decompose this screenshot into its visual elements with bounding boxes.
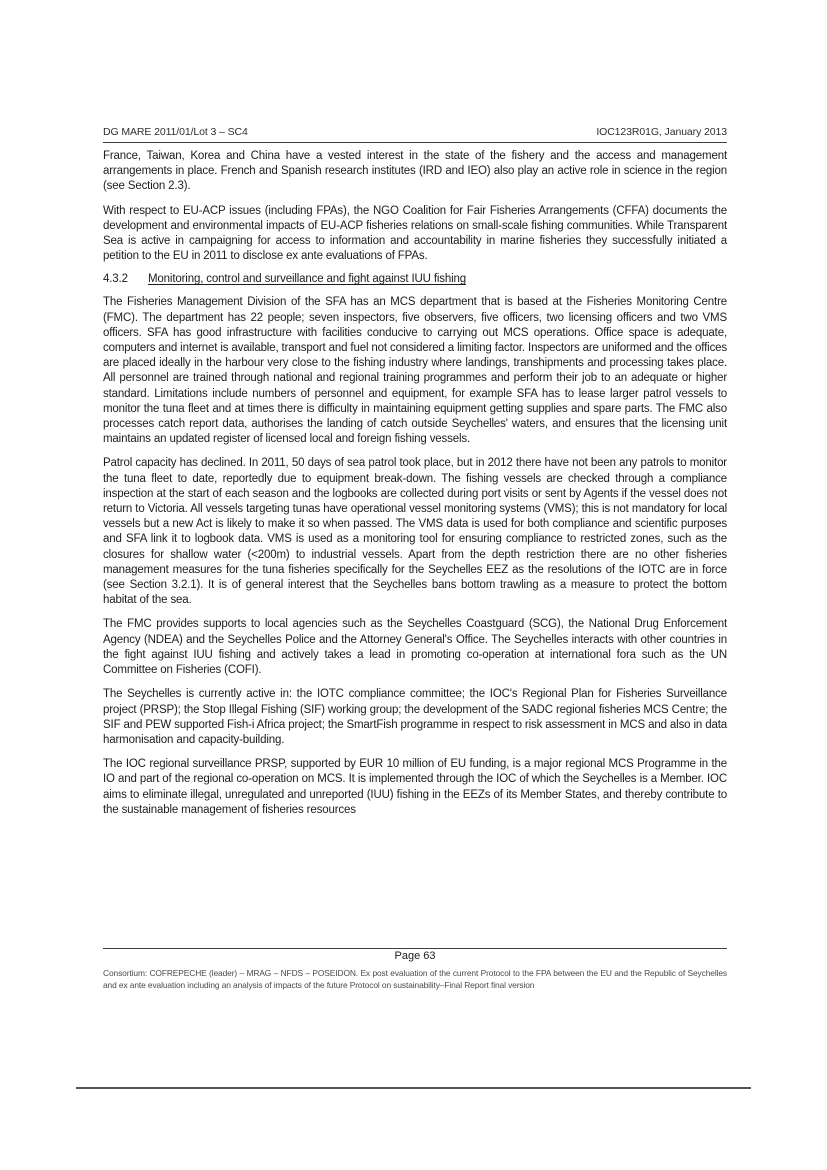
report-page: DG MARE 2011/01/Lot 3 – SC4 IOC123R01G, … (0, 0, 827, 1170)
paragraph: France, Taiwan, Korea and China have a v… (103, 149, 727, 195)
paragraph: The Fisheries Management Division of the… (103, 295, 727, 447)
header-document-reference: DG MARE 2011/01/Lot 3 – SC4 (103, 126, 248, 138)
page-body: France, Taiwan, Korea and China have a v… (103, 149, 727, 827)
paragraph: With respect to EU-ACP issues (including… (103, 204, 727, 265)
paragraph: The FMC provides supports to local agenc… (103, 617, 727, 678)
header-report-id-date: IOC123R01G, January 2013 (596, 126, 727, 138)
page-number: Page 63 (103, 949, 727, 962)
paragraph: The IOC regional surveillance PRSP, supp… (103, 757, 727, 818)
paragraph: The Seychelles is currently active in: t… (103, 687, 727, 748)
section-title: Monitoring, control and surveillance and… (148, 273, 466, 285)
section-number: 4.3.2 (103, 273, 148, 285)
consortium-note: Consortium: COFREPECHE (leader) – MRAG –… (103, 968, 727, 991)
page-footer: Page 63 (103, 948, 727, 962)
paragraph: Patrol capacity has declined. In 2011, 5… (103, 456, 727, 608)
section-heading: 4.3.2 Monitoring, control and surveillan… (103, 273, 727, 285)
page-header: DG MARE 2011/01/Lot 3 – SC4 IOC123R01G, … (103, 126, 727, 143)
bottom-rule (76, 1087, 751, 1089)
